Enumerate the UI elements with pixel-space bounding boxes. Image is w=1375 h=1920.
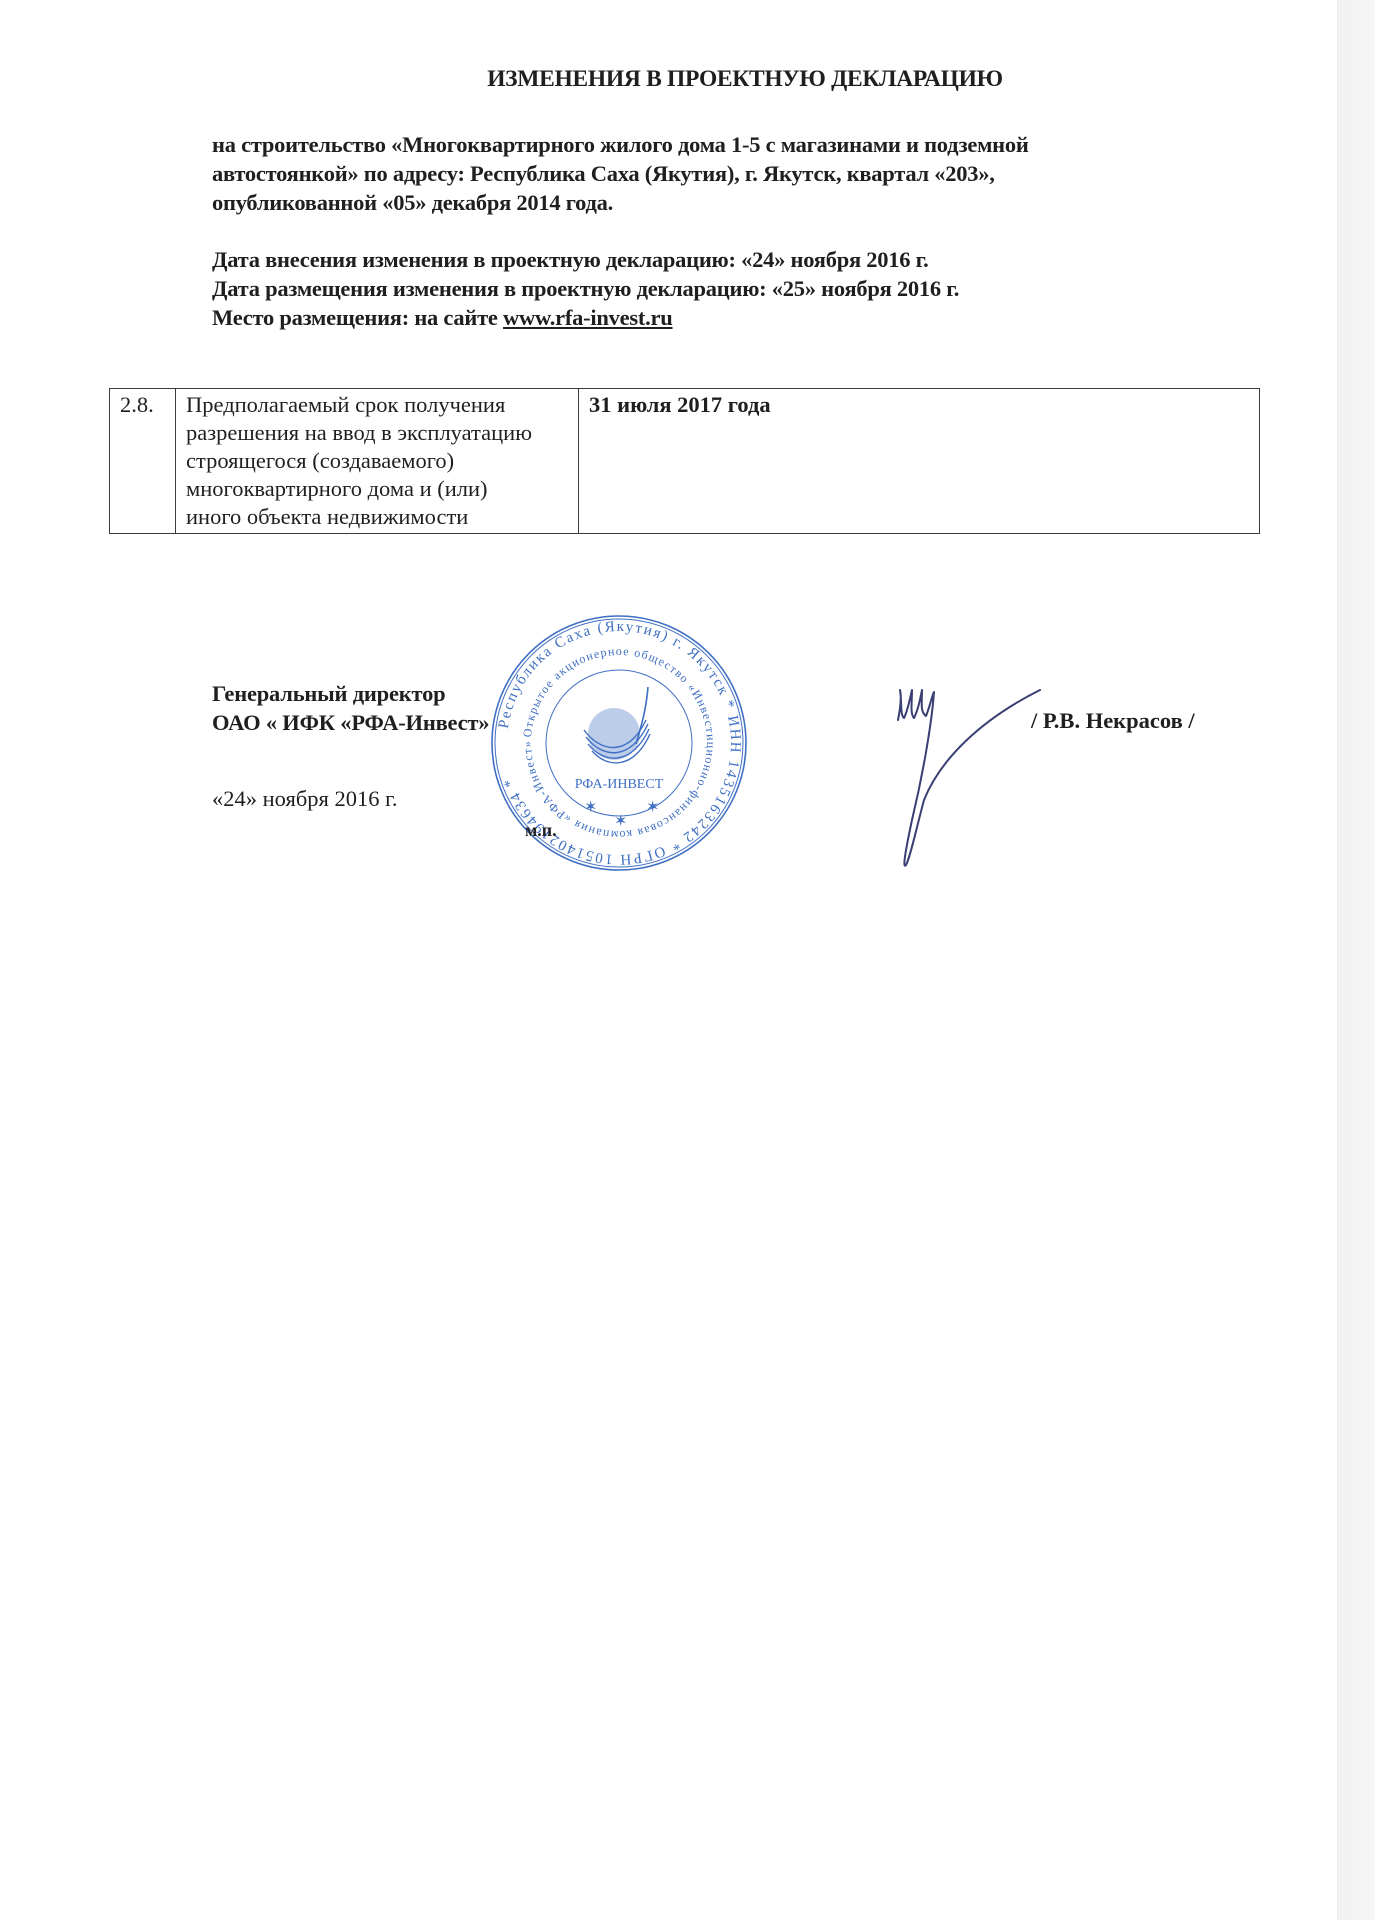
location-prefix: Место размещения: на сайте xyxy=(212,305,503,330)
document-title: ИЗМЕНЕНИЯ В ПРОЕКТНУЮ ДЕКЛАРАЦИЮ xyxy=(0,66,1375,93)
signer-name: / Р.В. Некрасов / xyxy=(1031,708,1195,734)
location-line: Место размещения: на сайте www.rfa-inves… xyxy=(212,303,959,332)
row-number: 2.8. xyxy=(110,389,176,534)
handwritten-signature xyxy=(880,680,1050,880)
declaration-table: 2.8. Предполагаемый срок получения разре… xyxy=(109,388,1260,534)
row-label-line: многоквартирного дома и (или) xyxy=(186,475,570,503)
intro-line: опубликованной «05» декабря 2014 года. xyxy=(212,188,1029,217)
seal-mark-label: м.п. xyxy=(525,820,557,841)
table-row: 2.8. Предполагаемый срок получения разре… xyxy=(110,389,1260,534)
row-label-line: иного объекта недвижимости xyxy=(186,503,570,531)
document-dates: Дата внесения изменения в проектную декл… xyxy=(212,245,959,332)
stamp-center-text: РФА-ИНВЕСТ xyxy=(575,777,664,792)
signatory-position: Генеральный директор xyxy=(212,679,489,708)
signature-date: «24» ноября 2016 г. xyxy=(212,786,397,812)
scan-page-edge xyxy=(1337,0,1375,1920)
stamp-star-icon: ✶ xyxy=(614,813,627,830)
website-link[interactable]: www.rfa-invest.ru xyxy=(503,305,672,330)
change-date-line: Дата внесения изменения в проектную декл… xyxy=(212,245,959,274)
row-label-line: разрешения на ввод в эксплуатацию xyxy=(186,419,570,447)
row-label-line: строящегося (создаваемого) xyxy=(186,447,570,475)
row-label: Предполагаемый срок получения разрешения… xyxy=(176,389,579,534)
document-intro: на строительство «Многоквартирного жилог… xyxy=(212,130,1029,217)
row-value: 31 июля 2017 года xyxy=(579,389,1260,534)
signatory-block: Генеральный директор ОАО « ИФК «РФА-Инве… xyxy=(212,679,489,737)
signatory-company: ОАО « ИФК «РФА-Инвест» xyxy=(212,708,489,737)
intro-line: автостоянкой» по адресу: Республика Саха… xyxy=(212,159,1029,188)
stamp-logo-icon xyxy=(584,687,650,763)
stamp-star-icon: ✶ xyxy=(646,799,659,816)
publish-date-line: Дата размещения изменения в проектную де… xyxy=(212,274,959,303)
intro-line: на строительство «Многоквартирного жилог… xyxy=(212,130,1029,159)
row-label-line: Предполагаемый срок получения xyxy=(186,391,570,419)
stamp-star-icon: ✶ xyxy=(584,799,597,816)
